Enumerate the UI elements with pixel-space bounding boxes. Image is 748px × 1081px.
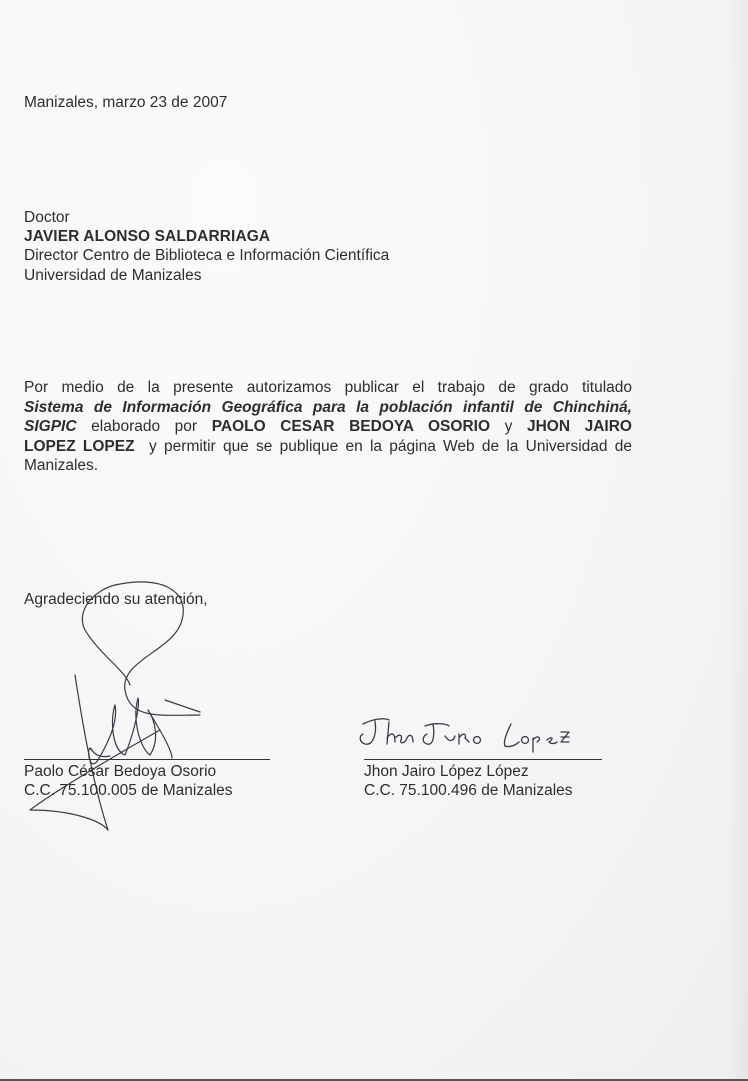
signature-paolo: [0, 580, 300, 840]
author-2-name-part-1: JHON JAIRO: [527, 418, 632, 435]
body-text: y permitir que se publique en la página …: [135, 438, 632, 455]
recipient-name: JAVIER ALONSO SALDARRIAGA: [24, 227, 270, 247]
author-1-name: PAOLO CESAR BEDOYA OSORIO: [212, 418, 490, 435]
author-2-name-part-2: LOPEZ LOPEZ: [24, 438, 135, 455]
signatory-1-name: Paolo César Bedoya Osorio: [24, 762, 216, 782]
body-text: y: [490, 418, 527, 435]
signatory-2-name: Jhon Jairo López López: [364, 762, 529, 782]
signature-line-paolo: [24, 759, 270, 760]
recipient-organization: Universidad de Manizales: [24, 266, 201, 286]
scan-shadow: [724, 0, 748, 1081]
body-text: Manizales.: [24, 457, 98, 474]
body-text: Por medio de la presente autorizamos pub…: [24, 379, 632, 396]
body-line-5: Manizales.: [24, 456, 632, 476]
body-line-1: Por medio de la presente autorizamos pub…: [24, 378, 632, 398]
recipient-title: Director Centro de Biblioteca e Informac…: [24, 246, 389, 266]
thesis-acronym: SIGPIC: [24, 418, 77, 435]
signature-jhon: [355, 712, 585, 762]
signatory-2-id: C.C. 75.100.496 de Manizales: [364, 781, 573, 801]
recipient-salutation: Doctor: [24, 208, 70, 228]
body-text: elaborado por: [77, 418, 212, 435]
thesis-title: Sistema de Información Geográfica para l…: [24, 399, 632, 416]
body-paragraph: Por medio de la presente autorizamos pub…: [24, 378, 632, 476]
date-line: Manizales, marzo 23 de 2007: [24, 93, 227, 113]
scanned-letter-page: Manizales, marzo 23 de 2007 Doctor JAVIE…: [0, 0, 748, 1081]
signature-line-jhon: [364, 759, 602, 760]
signatory-1-id: C.C. 75.100.005 de Manizales: [24, 781, 233, 801]
body-line-3: SIGPIC elaborado por PAOLO CESAR BEDOYA …: [24, 417, 632, 437]
body-line-4: LOPEZ LOPEZ y permitir que se publique e…: [24, 437, 632, 457]
body-line-2: Sistema de Información Geográfica para l…: [24, 398, 632, 418]
